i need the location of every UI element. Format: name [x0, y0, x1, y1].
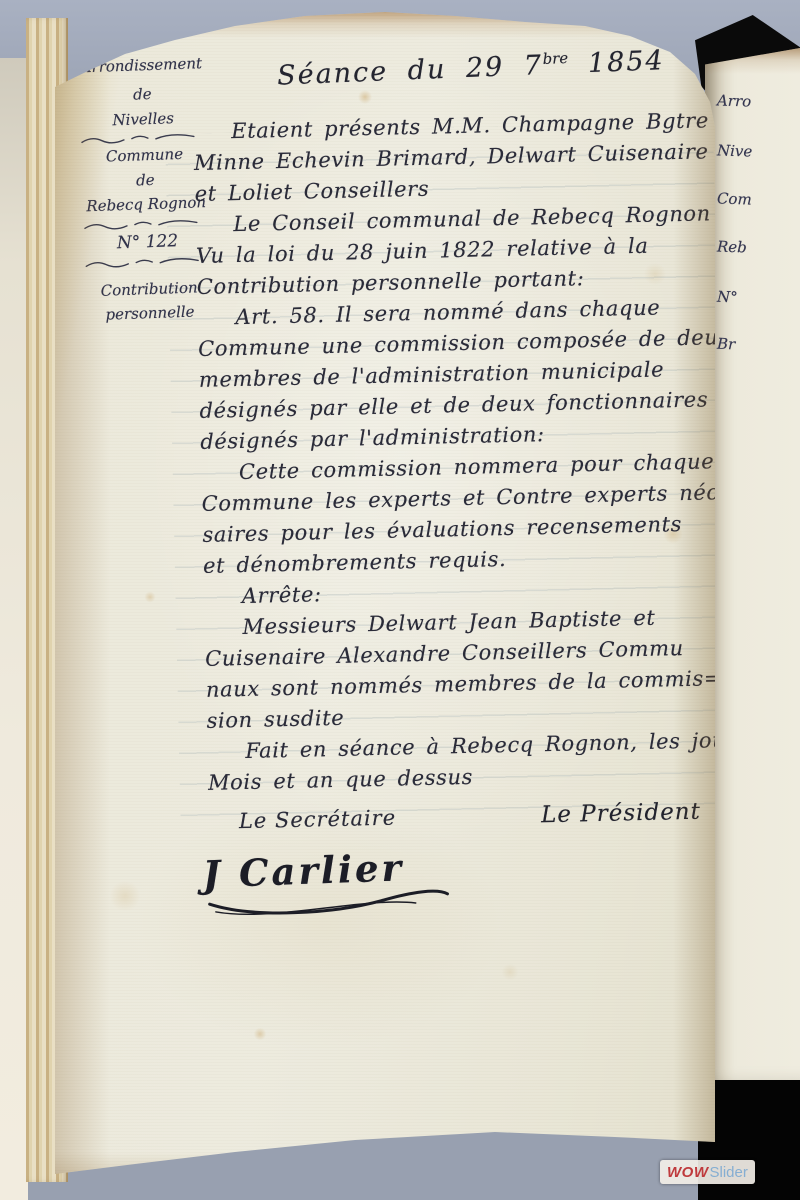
deliberation-text: Etaient présents M.M. Champagne Bgtre Mi…: [193, 108, 729, 836]
facing-margin-fragment: Nive: [717, 141, 753, 160]
margin-divider: [84, 254, 202, 270]
session-title-text: Séance du 29 7: [277, 50, 544, 92]
margin-arrondissement: Arrondissement: [63, 54, 220, 77]
facing-margin-fragment: Com: [717, 189, 752, 208]
secretary-label: Le Secrétaire: [239, 806, 397, 836]
facing-margin-fragment: Reb: [717, 237, 747, 256]
margin-annotations: Arrondissement de Nivelles Commune de Re…: [63, 52, 219, 57]
session-title: Séance du 29 7bre 1854: [277, 43, 708, 91]
president-label: Le Président: [541, 799, 701, 829]
facing-page: Arro Nive Com Reb N° Br: [705, 48, 800, 1080]
wowslider-watermark-wow: WOW: [667, 1165, 708, 1180]
wowslider-watermark-slider: Slider: [709, 1165, 747, 1180]
photo-of-register-page: Arro Nive Com Reb N° Br Arrondissement d…: [0, 0, 800, 1200]
facing-margin-fragment: N°: [717, 288, 738, 307]
signature-block: J Carlier: [202, 844, 454, 923]
left-page-edge: [0, 58, 28, 1200]
wowslider-watermark[interactable]: WOW Slider: [660, 1160, 755, 1184]
session-title-year: 1854: [587, 45, 665, 79]
margin-arrondissement: de: [64, 83, 221, 106]
facing-margin-fragment: Br: [717, 335, 736, 354]
facing-margin-fragment: Arro: [717, 91, 752, 110]
manuscript-page: Arrondissement de Nivelles Commune de Re…: [55, 12, 715, 1182]
session-title-sup: bre: [542, 49, 568, 68]
closing-row: Le Secrétaire Le Président: [209, 798, 729, 836]
